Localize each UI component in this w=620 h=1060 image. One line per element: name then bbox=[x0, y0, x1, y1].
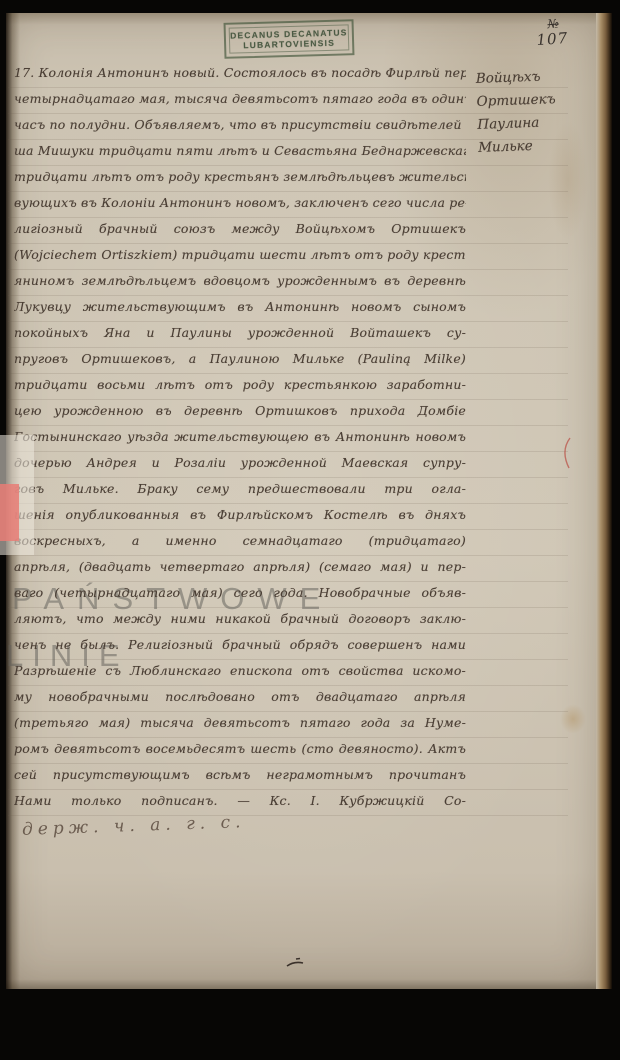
manuscript-line: Гостынинскаго уѣзда жительствующею въ Ан… bbox=[14, 424, 466, 450]
deanery-stamp: DECANUS DECANATUS LUBARTOVIENSIS bbox=[224, 19, 355, 59]
manuscript-line: Лукувцу жительствующимъ въ Антонинѣ ново… bbox=[14, 294, 466, 320]
manuscript-line: ченъ не былъ. Религіозный брачный обрядъ… bbox=[14, 632, 466, 658]
manuscript-line: апрѣля, (двадцать четвертаго апрѣля) (се… bbox=[14, 554, 466, 580]
manuscript-line: вующихъ въ Колоніи Антонинъ новомъ, закл… bbox=[14, 190, 466, 216]
record-text: 17. Колонія Антонинъ новый. Состоялось в… bbox=[14, 60, 466, 814]
manuscript-line: четырнадцатаго мая, тысяча девятьсотъ пя… bbox=[14, 86, 466, 112]
margin-name-line: Мильке bbox=[478, 133, 587, 160]
manuscript-line: ваго (четырнадцатаго мая) сего года. Нов… bbox=[14, 580, 466, 606]
manuscript-line: цею урожденною въ деревнѣ Ортишковъ прих… bbox=[14, 398, 466, 424]
stamp-text-line2: LUBARTOVIENSIS bbox=[243, 38, 335, 51]
manuscript-line: му новобрачными послѣдовано отъ двадцата… bbox=[14, 684, 466, 710]
manuscript-line: (Wojciechem Ortiszkiem) тридцати шести л… bbox=[14, 242, 466, 268]
stamp-inner-frame: DECANUS DECANATUS LUBARTOVIENSIS bbox=[229, 24, 350, 53]
manuscript-line: дочерью Андрея и Розаліи урожденной Маев… bbox=[14, 450, 466, 476]
manuscript-line: ша Мишуки тридцати пяти лѣтъ и Севастьян… bbox=[14, 138, 466, 164]
manuscript-line: яниномъ землѣдѣльцемъ вдовцомъ урожденны… bbox=[14, 268, 466, 294]
manuscript-line: говъ Мильке. Браку сему предшествовали т… bbox=[14, 476, 466, 502]
manuscript-line: пруговъ Ортишековъ, а Паулиною Мильке (P… bbox=[14, 346, 466, 372]
folio-number: № 107 bbox=[535, 14, 597, 48]
page-edge-stack bbox=[596, 13, 612, 989]
manuscript-line: тридцати лѣтъ отъ роду крестьянъ землѣдѣ… bbox=[14, 164, 466, 190]
red-pen-mark bbox=[560, 436, 574, 474]
manuscript-line: Нами только подписанъ. — Кс. І. Кубржицк… bbox=[14, 788, 466, 814]
manuscript-line: часъ по полудни. Объявляемъ, что въ прис… bbox=[14, 112, 466, 138]
manuscript-line: Разрѣшеніе съ Люблинскаго епископа отъ с… bbox=[14, 658, 466, 684]
manuscript-line: сей присутствующимъ всѣмъ неграмотнымъ п… bbox=[14, 762, 466, 788]
manuscript-line: покойныхъ Яна и Паулины урожденной Войта… bbox=[14, 320, 466, 346]
ink-squiggle bbox=[284, 954, 306, 973]
manuscript-line: ромъ девятьсотъ восемьдесятъ шесть (сто … bbox=[14, 736, 466, 762]
manuscript-line: тридцати восьми лѣтъ отъ роду крестьянко… bbox=[14, 372, 466, 398]
pink-marker-tab bbox=[0, 484, 19, 541]
manuscript-line: (третьяго мая) тысяча девятьсотъ пятаго … bbox=[14, 710, 466, 736]
manuscript-line: ляютъ, что между ними никакой брачный до… bbox=[14, 606, 466, 632]
manuscript-line: 17. Колонія Антонинъ новый. Состоялось в… bbox=[14, 60, 466, 86]
manuscript-line: шенія опубликованныя въ Фирлѣйскомъ Кост… bbox=[14, 502, 466, 528]
archival-scan: DECANUS DECANATUS LUBARTOVIENSIS № 107 P… bbox=[0, 0, 620, 1060]
manuscript-line: воскресныхъ, а именно семнадцатаго (трид… bbox=[14, 528, 466, 554]
manuscript-line: лигіозный брачный союзъ между Войцѣхомъ … bbox=[14, 216, 466, 242]
margin-names: ВойцѣхъОртишекъПаулинаМильке bbox=[475, 64, 586, 160]
